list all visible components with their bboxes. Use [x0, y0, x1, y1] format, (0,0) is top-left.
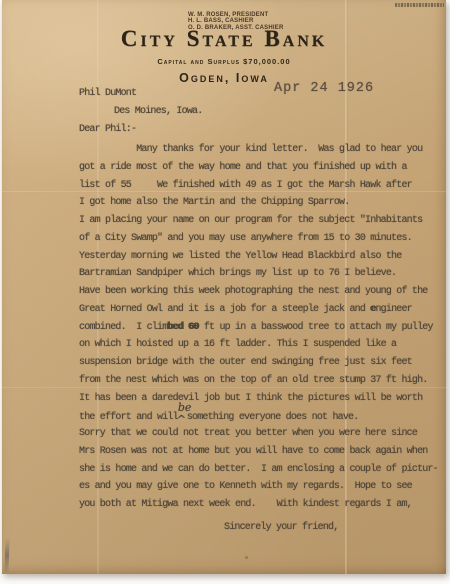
- overstruck-text: bed 60: [167, 322, 198, 333]
- recipient-name: Phil DuMont: [79, 88, 136, 99]
- city-line: Ogden, Iowa: [2, 71, 446, 85]
- letter-line: It has been a daredevil job but I think …: [79, 390, 444, 408]
- capital-surplus-line: Capital and Surplus $70,000.00: [2, 57, 446, 66]
- letter-line: I got home also the Martin and the Chipp…: [79, 194, 444, 212]
- letter-line: of a City Swamp" and you may use anywher…: [79, 230, 444, 248]
- salutation: Dear Phil:-: [79, 124, 136, 135]
- letter-line: Mrs Rosen was not at home but you will h…: [79, 443, 444, 461]
- paper-edge-smudge: [4, 538, 9, 572]
- closing-line: Sincerely your friend,: [224, 522, 338, 533]
- letter-line: got a ride most of the way home and that…: [79, 159, 444, 177]
- letter-line: I am placing your name on our program fo…: [79, 212, 444, 230]
- letter-line: Many thanks for your kind letter. Was gl…: [79, 141, 444, 159]
- recipient-city: Des Moines, Iowa.: [114, 106, 202, 117]
- printer-imprint: [395, 3, 444, 7]
- letter-line: Yesterday morning we listed the Yellow H…: [79, 248, 444, 266]
- letter-paper: W. M. ROSEN, PRESIDENT H. L. BASS, CASHI…: [2, 0, 446, 574]
- date-stamp: Apr 24 1926: [274, 81, 374, 96]
- letter-line: Bartramian Sandpiper which brings my lis…: [79, 265, 444, 283]
- bank-name: City State Bank: [2, 26, 446, 52]
- letter-body: Many thanks for your kind letter. Was gl…: [79, 141, 444, 514]
- letter-line: you both at Mitigwa next week end. With …: [79, 496, 444, 514]
- paper-speck: [245, 556, 248, 559]
- handwritten-insertion: be: [178, 399, 187, 417]
- letter-line: list of 55 We finished with 49 as I got …: [79, 177, 444, 195]
- letter-line: suspension bridge with the outer end swi…: [79, 354, 444, 372]
- letter-line: Have been working this week photographin…: [79, 283, 444, 301]
- letter-line: from the nest which was on the top of an…: [79, 372, 444, 390]
- letter-line: she is home and we can do better. I am e…: [79, 461, 444, 479]
- letter-line: Sorry that we could not treat you better…: [79, 425, 444, 443]
- letter-line: Great Horned Owl and it is a job for a s…: [79, 301, 444, 319]
- letter-line: on which I hoisted up a 16 ft ladder. Th…: [79, 336, 444, 354]
- letter-line: es and you may give one to Kenneth with …: [79, 478, 444, 496]
- letter-line: the effort and willbesomething everyone …: [79, 407, 444, 425]
- letter-line: combined. I climbed 60 ft up in a basswo…: [79, 319, 444, 337]
